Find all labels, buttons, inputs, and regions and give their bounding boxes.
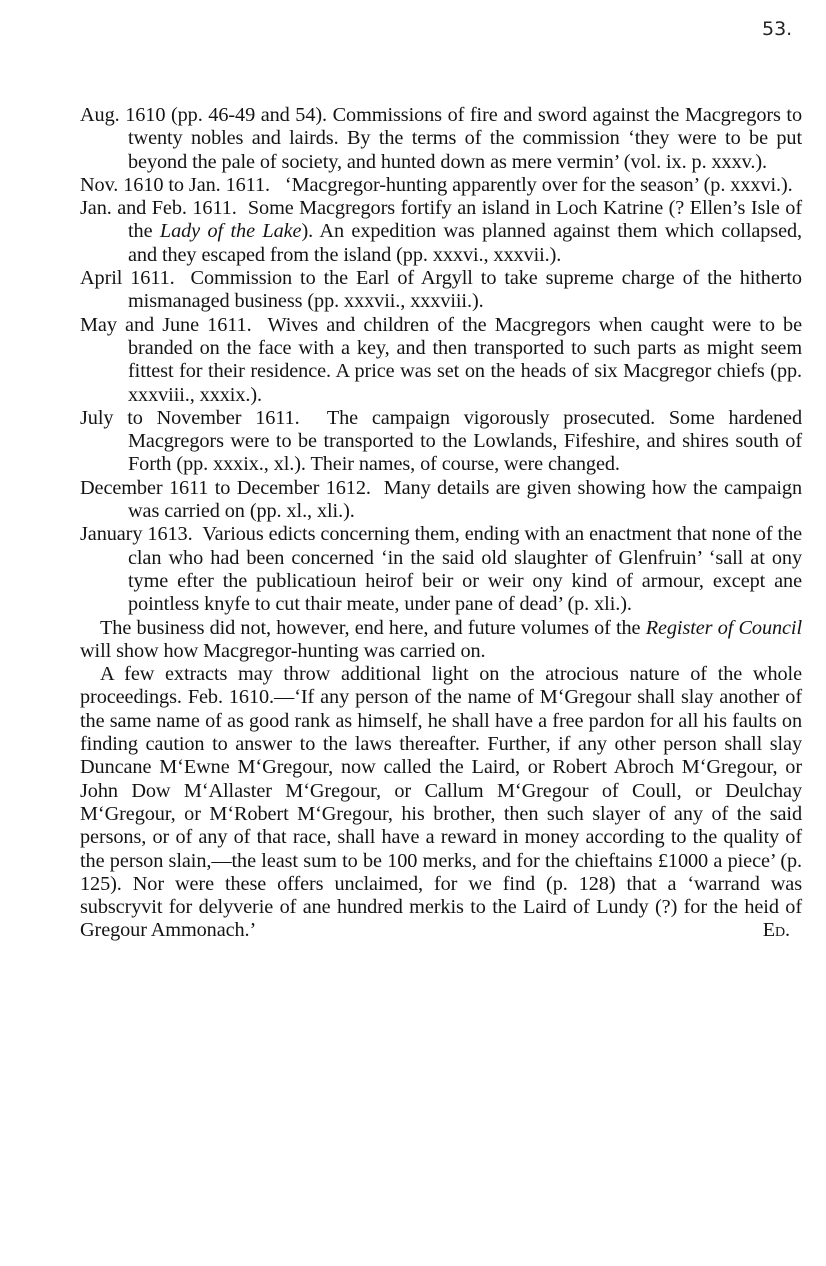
chronology-entry-dec-1611-dec-1612: December 1611 to December 1612. Many det… xyxy=(80,477,802,524)
entry-date: December 1611 to December 1612. xyxy=(80,477,371,499)
entry-date: Jan. and Feb. 1611. xyxy=(80,197,237,219)
entry-date: May and June 1611. xyxy=(80,314,252,336)
chronology-entry-july-nov-1611: July to November 1611. The campaign vigo… xyxy=(80,407,802,477)
document-body: Aug. 1610 (pp. 46-49 and 54). Commission… xyxy=(80,104,802,943)
chronology-entry-nov-1610: Nov. 1610 to Jan. 1611. ‘Macgregor-hunti… xyxy=(80,174,802,197)
chronology-entry-jan-1613: January 1613. Various edicts concerning … xyxy=(80,523,802,616)
chronology-entry-may-june-1611: May and June 1611. Wives and children of… xyxy=(80,314,802,407)
chronology-entry-april-1611: April 1611. Commission to the Earl of Ar… xyxy=(80,267,802,314)
entry-date: Nov. 1610 to Jan. 1611. xyxy=(80,174,270,196)
page-number: 53. xyxy=(762,18,792,40)
entry-date: January 1613. xyxy=(80,523,193,545)
editor-signature: Ed. xyxy=(743,919,802,942)
entry-text: ‘Macgregor-hunting apparently over for t… xyxy=(285,174,793,196)
paragraph-business-continued: The business did not, however, end here,… xyxy=(80,617,802,664)
entry-text: Various edicts concerning them, ending w… xyxy=(128,523,802,615)
paragraph-text: A few extracts may throw additional ligh… xyxy=(80,663,802,941)
entry-text: Commission to the Earl of Argyll to take… xyxy=(128,267,802,312)
paragraph-text: The business did not, however, end here,… xyxy=(100,617,646,639)
chronology-entry-aug-1610: Aug. 1610 (pp. 46-49 and 54). Commission… xyxy=(80,104,802,174)
paragraph-text: will show how Macgregor-hunting was carr… xyxy=(80,640,486,662)
chronology-entry-jan-feb-1611: Jan. and Feb. 1611. Some Macgregors fort… xyxy=(80,197,802,267)
italic-title-register-of-council: Register of Council xyxy=(646,617,802,639)
entry-text: (pp. 46-49 and 54). Commissions of fire … xyxy=(128,104,802,173)
entry-date: April 1611. xyxy=(80,267,175,289)
italic-title-lady-of-the-lake: Lady of the Lake xyxy=(160,220,302,242)
entry-date: July to November 1611. xyxy=(80,407,300,429)
entry-date: Aug. 1610 xyxy=(80,104,165,126)
paragraph-extracts: A few extracts may throw additional ligh… xyxy=(80,663,802,943)
